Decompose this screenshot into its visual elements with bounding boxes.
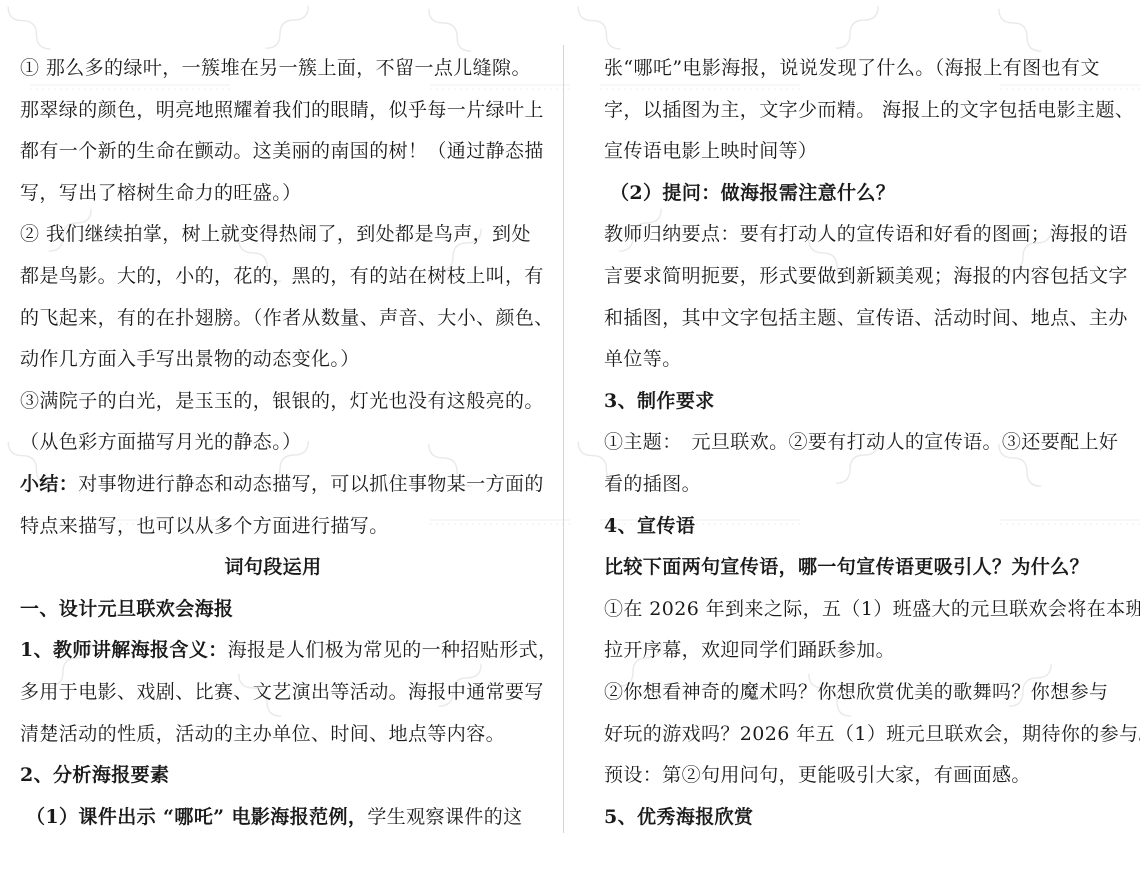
paragraph-line: 宣传语电影上映时间等） [604, 131, 1110, 173]
definition-label: 1、教师讲解海报含义： [20, 639, 228, 661]
paragraph-line: 教师归纳要点：要有打动人的宣传语和好看的图画；海报的语 [604, 214, 1110, 256]
paragraph-line: 好玩的游戏吗？2026 年五（1）班元旦联欢会，期待你的参与。 [604, 714, 1110, 756]
paragraph-line: 拉开序幕，欢迎同学们踊跃参加。 [604, 630, 1110, 672]
step-line: （1）课件出示 “哪吒” 电影海报范例，学生观察课件的这 [20, 797, 526, 839]
paragraph-line: 写，写出了榕树生命力的旺盛。） [20, 173, 526, 215]
paragraph-line: 那翠绿的颜色，明亮地照耀着我们的眼睛，似乎每一片绿叶上 [20, 90, 526, 132]
paragraph-line: ③满院子的白光，是玉玉的，银银的，灯光也没有这般亮的。 [20, 381, 526, 423]
question-line: 比较下面两句宣传语，哪一句宣传语更吸引人？为什么？ [604, 547, 1110, 589]
paragraph-line: 和插图，其中文字包括主题、宣传语、活动时间、地点、主办 [604, 298, 1110, 340]
paragraph-line: 的飞起来，有的在扑翅膀。（作者从数量、声音、大小、颜色、 [20, 298, 526, 340]
paragraph-line: 看的插图。 [604, 464, 1110, 506]
paragraph-line: 言要求简明扼要，形式要做到新颖美观；海报的内容包括文字 [604, 256, 1110, 298]
step-label: （1）课件出示 “哪吒” 电影海报范例， [26, 806, 367, 828]
paragraph-line: 都有一个新的生命在颤动。这美丽的南国的树！（通过静态描 [20, 131, 526, 173]
subheading: 2、分析海报要素 [20, 755, 526, 797]
paragraph-line: 单位等。 [604, 339, 1110, 381]
paragraph-line: ①在 2026 年到来之际，五（1）班盛大的元旦联欢会将在本班 [604, 589, 1110, 631]
paragraph-line: 清楚活动的性质，活动的主办单位、时间、地点等内容。 [20, 714, 526, 756]
paragraph-line: 张“哪吒”电影海报，说说发现了什么。（海报上有图也有文 [604, 48, 1110, 90]
summary-label: 小结： [20, 473, 78, 495]
paragraph-line: （从色彩方面描写月光的静态。） [20, 422, 526, 464]
paragraph-line: 都是鸟影。大的，小的，花的，黑的，有的站在树枝上叫，有 [20, 256, 526, 298]
paragraph-line: ②你想看神奇的魔术吗？你想欣赏优美的歌舞吗？你想参与 [604, 672, 1110, 714]
definition-line: 1、教师讲解海报含义：海报是人们极为常见的一种招贴形式， [20, 630, 526, 672]
paragraph-line: ① 那么多的绿叶，一簇堆在另一簇上面，不留一点儿缝隙。 [20, 48, 526, 90]
summary-text: 对事物进行静态和动态描写，可以抓住事物某一方面的 [78, 473, 544, 495]
step-text: 学生观察课件的这 [367, 806, 522, 828]
paragraph-line: ①主题： 元旦联欢。②要有打动人的宣传语。③还要配上好 [604, 422, 1110, 464]
definition-text: 海报是人们极为常见的一种招贴形式， [228, 639, 558, 661]
section-title: 词句段运用 [20, 547, 526, 589]
paragraph-line: ② 我们继续拍掌，树上就变得热闹了，到处都是鸟声，到处 [20, 214, 526, 256]
question-heading: （2）提问：做海报需注意什么？ [604, 173, 1110, 215]
paragraph-line: 字，以插图为主，文字少而精。 海报上的文字包括电影主题、 [604, 90, 1110, 132]
subheading: 5、优秀海报欣赏 [604, 797, 1110, 839]
left-column: ① 那么多的绿叶，一簇堆在另一簇上面，不留一点儿缝隙。 那翠绿的颜色，明亮地照耀… [20, 48, 526, 838]
subheading: 3、制作要求 [604, 381, 1110, 423]
paragraph-line: 特点来描写，也可以从多个方面进行描写。 [20, 506, 526, 548]
column-divider [563, 45, 564, 833]
paragraph-line: 多用于电影、戏剧、比赛、文艺演出等活动。海报中通常要写 [20, 672, 526, 714]
paragraph-line: 预设：第②句用问句，更能吸引大家，有画面感。 [604, 755, 1110, 797]
summary-line: 小结：对事物进行静态和动态描写，可以抓住事物某一方面的 [20, 464, 526, 506]
section-heading: 一、设计元旦联欢会海报 [20, 589, 526, 631]
subheading: 4、宣传语 [604, 506, 1110, 548]
paragraph-line: 动作几方面入手写出景物的动态变化。） [20, 339, 526, 381]
right-column: 张“哪吒”电影海报，说说发现了什么。（海报上有图也有文 字，以插图为主，文字少而… [604, 48, 1110, 838]
